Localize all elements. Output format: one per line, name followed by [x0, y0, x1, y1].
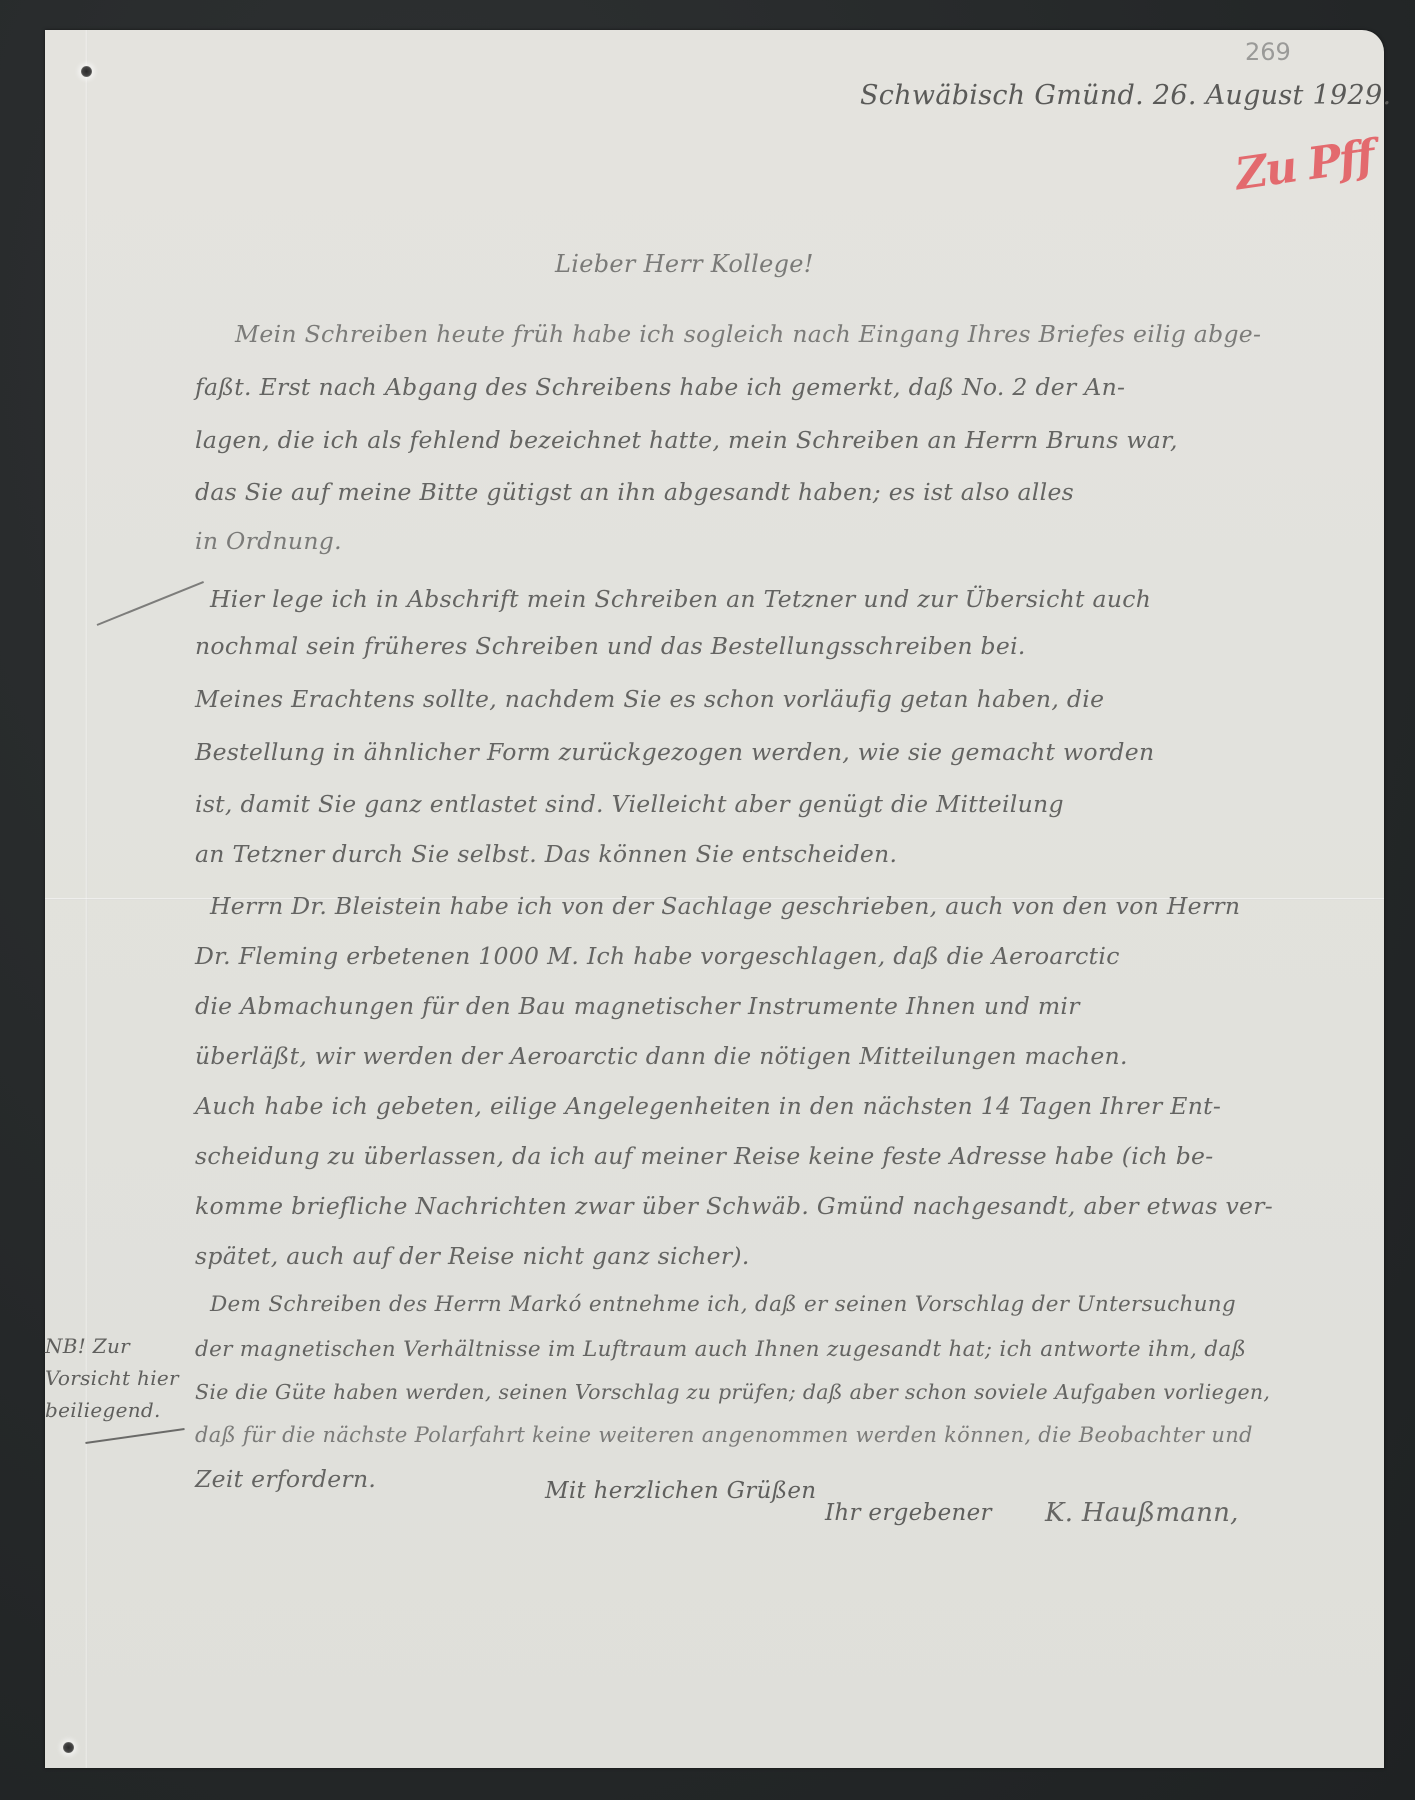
body-line: überläßt, wir werden der Aeroarctic dann… — [195, 1042, 1128, 1070]
body-line: Dem Schreiben des Herrn Markó entnehme i… — [210, 1292, 1236, 1317]
margin-note-line: Vorsicht hier — [45, 1362, 179, 1394]
margin-note: NB! Zur Vorsicht hier beiliegend. — [45, 1330, 179, 1426]
closing-yours: Ihr ergebener — [825, 1500, 992, 1526]
margin-note-underline — [85, 1428, 184, 1444]
punch-hole-top — [81, 66, 92, 77]
body-line: Auch habe ich gebeten, eilige Angelegenh… — [195, 1092, 1221, 1120]
body-line: nochmal sein früheres Schreiben und das … — [195, 632, 1026, 660]
body-line: Bestellung in ähnlicher Form zurückgezog… — [195, 738, 1154, 766]
closing-greeting: Mit herzlichen Grüßen — [545, 1478, 816, 1504]
body-line: die Abmachungen für den Bau magnetischer… — [195, 992, 1080, 1020]
salutation: Lieber Herr Kollege! — [555, 250, 814, 278]
body-line: Hier lege ich in Abschrift mein Schreibe… — [210, 585, 1151, 613]
body-line: spätet, auch auf der Reise nicht ganz si… — [195, 1242, 750, 1270]
place-date-line: Schwäbisch Gmünd. 26. August 1929. — [860, 80, 1391, 111]
archive-page-number: 269 — [1245, 38, 1291, 66]
red-pencil-annotation: Zu Pff — [1232, 131, 1376, 201]
body-line: ist, damit Sie ganz entlastet sind. Viel… — [195, 790, 1064, 818]
body-line: Meines Erachtens sollte, nachdem Sie es … — [195, 685, 1104, 713]
body-line: das Sie auf meine Bitte gütigst an ihn a… — [195, 478, 1074, 506]
body-line: Dr. Fleming erbetenen 1000 M. Ich habe v… — [195, 942, 1120, 970]
margin-note-line: NB! Zur — [45, 1330, 179, 1362]
body-line: der magnetischen Verhältnisse im Luftrau… — [195, 1337, 1246, 1362]
body-line: an Tetzner durch Sie selbst. Das können … — [195, 840, 897, 868]
body-line: scheidung zu überlassen, da ich auf mein… — [195, 1142, 1213, 1170]
body-line: lagen, die ich als fehlend bezeichnet ha… — [195, 426, 1178, 454]
body-line: faßt. Erst nach Abgang des Schreibens ha… — [195, 373, 1125, 401]
body-line: Zeit erfordern. — [195, 1465, 376, 1493]
signature: K. Haußmann, — [1045, 1498, 1239, 1528]
body-line: Mein Schreiben heute früh habe ich sogle… — [235, 320, 1261, 348]
body-line: komme briefliche Nachrichten zwar über S… — [195, 1192, 1273, 1220]
margin-stroke-mark — [97, 581, 204, 626]
punch-hole-bottom — [63, 1742, 74, 1753]
body-line: Herrn Dr. Bleistein habe ich von der Sac… — [210, 892, 1240, 920]
body-line: Sie die Güte haben werden, seinen Vorsch… — [195, 1380, 1270, 1404]
body-line: daß für die nächste Polarfahrt keine wei… — [195, 1423, 1253, 1447]
letter-page: 269 Schwäbisch Gmünd. 26. August 1929. Z… — [45, 30, 1384, 1768]
body-line: in Ordnung. — [195, 527, 342, 555]
margin-note-line: beiliegend. — [45, 1394, 179, 1426]
